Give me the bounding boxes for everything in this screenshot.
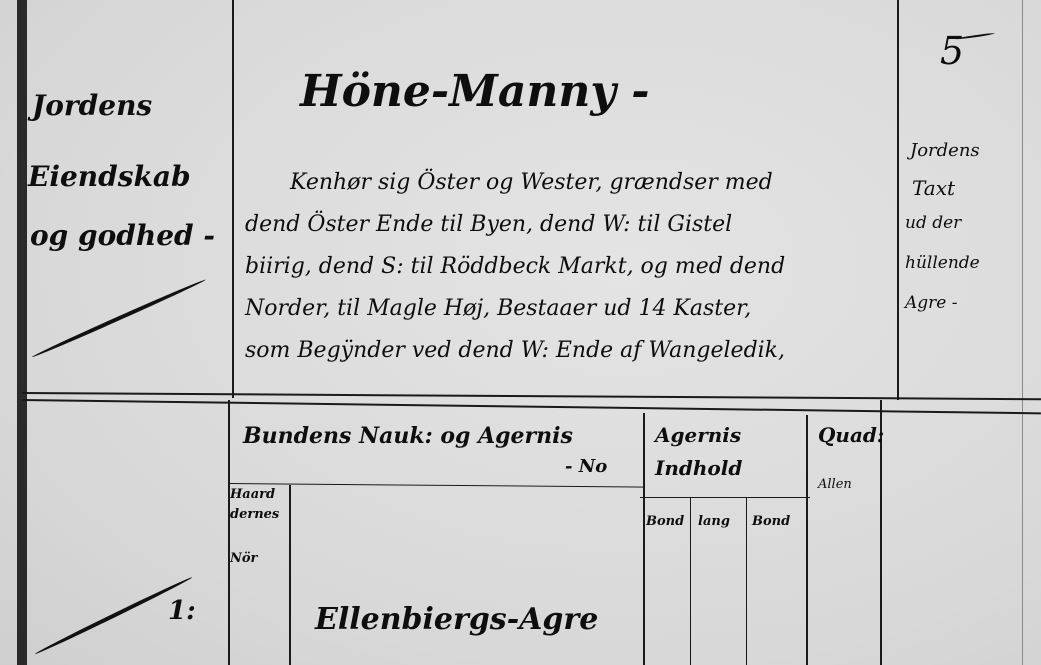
left-margin-rule bbox=[17, 0, 27, 665]
name-rule bbox=[643, 413, 645, 665]
page-edge-rule bbox=[1022, 0, 1023, 665]
header-quad: Quad: bbox=[818, 425, 884, 445]
subcolumn-bond-2: Bond bbox=[752, 515, 790, 528]
subheader-hardernes: dernes bbox=[230, 508, 279, 521]
section-divider-bottom bbox=[22, 399, 1041, 414]
paragraph-line: Norder, til Magle Høj, Bestaaer ud 14 Ka… bbox=[245, 298, 751, 320]
ledger-page: 5 Jordens Eiendskab og godhed - Höne-Man… bbox=[0, 0, 1041, 665]
hardernes-rule bbox=[289, 485, 291, 665]
right-heading-line: Taxt bbox=[912, 178, 955, 198]
left-heading-line: Eiendskab bbox=[28, 163, 191, 191]
header-quad-sub: Allen bbox=[818, 478, 852, 491]
section-divider-top bbox=[22, 392, 1041, 400]
header-bundens-no: - No bbox=[565, 458, 607, 476]
column-rule-left bbox=[232, 0, 234, 398]
column-rule-right bbox=[897, 0, 899, 400]
entry-title: Höne-Manny - bbox=[300, 70, 650, 114]
subheader-hardernes: Nör bbox=[230, 552, 257, 565]
paragraph-line: biirig, dend S: til Röddbeck Markt, og m… bbox=[245, 256, 785, 278]
row-field-name: Ellenbiergs-Agre bbox=[315, 605, 598, 635]
right-heading-line: Agre - bbox=[905, 295, 958, 312]
left-flourish-stroke bbox=[31, 278, 206, 359]
lower-rule-left bbox=[228, 400, 230, 665]
header-bottom-rule bbox=[230, 483, 645, 488]
header-indhold: Indhold bbox=[655, 458, 742, 478]
agernis-rule bbox=[806, 415, 808, 665]
left-heading-line: Jordens bbox=[32, 92, 152, 120]
sub-rule-1 bbox=[690, 498, 691, 665]
right-heading-line: Jordens bbox=[910, 142, 980, 160]
left-heading-line: og godhed - bbox=[30, 222, 215, 250]
subcolumn-lang: lang bbox=[698, 515, 730, 528]
subheader-hardernes: Haard bbox=[230, 488, 275, 501]
right-heading-line: hüllende bbox=[905, 255, 980, 272]
row-number: 1: bbox=[168, 598, 196, 624]
header-bundens: Bundens Nauk: og Agernis bbox=[243, 425, 573, 447]
paragraph-line: dend Öster Ende til Byen, dend W: til Gi… bbox=[245, 214, 732, 236]
right-heading-line: ud der bbox=[905, 215, 961, 232]
sub-rule-2 bbox=[746, 498, 747, 665]
header-agernis: Agernis bbox=[655, 425, 741, 445]
subheader-rule bbox=[640, 497, 810, 498]
subcolumn-bond: Bond bbox=[646, 515, 684, 528]
paragraph-line: som Begÿnder ved dend W: Ende af Wangele… bbox=[245, 340, 785, 362]
paragraph-line: Kenhør sig Öster og Wester, grændser med bbox=[290, 172, 773, 194]
